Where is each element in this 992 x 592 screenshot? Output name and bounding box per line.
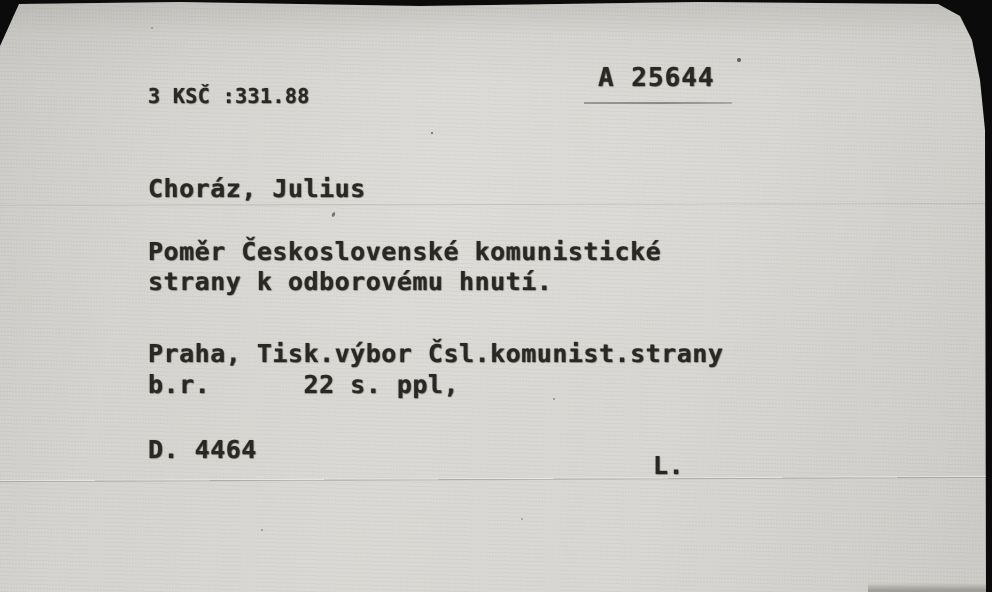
ink-speck	[261, 529, 263, 531]
ink-speck	[521, 518, 523, 520]
ink-speck	[553, 398, 555, 400]
title-line-2: strany k odborovému hnutí.	[148, 269, 552, 294]
catalog-card: 3 KSČ :331.88 A 25644 Choráz, Julius Pom…	[0, 0, 992, 592]
card-bottom-edge-shadow	[868, 583, 992, 592]
author-heading: Choráz, Julius	[148, 176, 366, 201]
document-number: D. 4464	[148, 437, 257, 462]
call-number: 3 KSČ :331.88	[148, 86, 310, 106]
card-crease-upper	[0, 203, 992, 206]
accession-number: A 25644	[598, 65, 715, 91]
cataloger-initial: L.	[653, 453, 684, 478]
ink-speck	[151, 27, 153, 29]
ink-speck	[331, 212, 336, 218]
imprint-line-2: b.r. 22 s. ppl,	[148, 372, 459, 397]
imprint-line-1: Praha, Tisk.výbor Čsl.komunist.strany	[148, 341, 723, 366]
accession-number-underline	[584, 102, 732, 104]
ink-speck	[737, 58, 741, 62]
ink-speck	[431, 132, 433, 134]
card-crease-lower	[0, 476, 992, 482]
title-line-1: Poměr Československé komunistické	[148, 239, 661, 264]
